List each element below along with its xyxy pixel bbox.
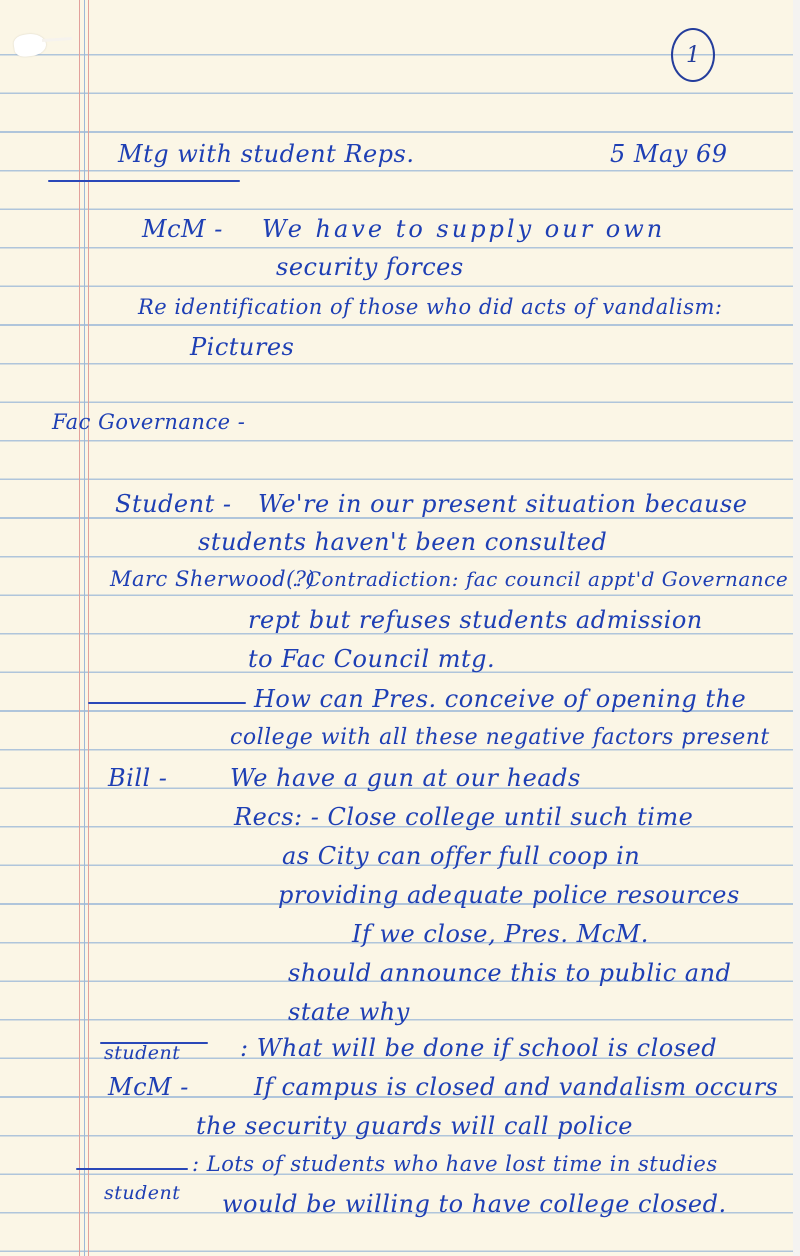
note-line: the security guards will call police [196, 1112, 633, 1140]
note-line: students haven't been consulted [198, 528, 607, 556]
speaker-label: student [104, 1042, 180, 1064]
speaker-dash-line [76, 1168, 188, 1170]
note-line: Recs: - Close college until such time [234, 803, 693, 831]
note-line: . Contradiction: fac council appt'd Gove… [292, 567, 788, 591]
note-line: college with all these negative factors … [230, 725, 770, 750]
page-number: 1 [686, 43, 700, 68]
notes-date: 5 May 69 [610, 140, 728, 168]
note-line: We're in our present situation because [258, 490, 747, 518]
note-line: should announce this to public and [288, 959, 731, 987]
note-line: If we close, Pres. McM. [352, 920, 649, 948]
note-line: : What will be done if school is closed [240, 1034, 717, 1062]
speaker-dash-line [88, 702, 246, 704]
speaker-overline [100, 1042, 208, 1044]
scan-edge [793, 0, 800, 1256]
note-line: security forces [276, 253, 464, 281]
note-line: to Fac Council mtg. [248, 645, 495, 673]
page-number-circled: 1 [671, 28, 715, 82]
notes-title: Mtg with student Reps. [118, 140, 414, 168]
title-underline [48, 180, 240, 182]
margin-line-red [88, 0, 89, 1256]
speaker-label: Marc Sherwood(?) [110, 567, 315, 591]
note-line: We have a gun at our heads [230, 764, 581, 792]
speaker-label: McM - [108, 1073, 189, 1101]
note-line: rept but refuses students admission [248, 606, 703, 634]
margin-line-blue [84, 0, 85, 1256]
note-line: would be willing to have college closed. [222, 1190, 727, 1218]
speaker-label: Student - [115, 490, 231, 518]
speaker-label: student [104, 1182, 180, 1204]
speaker-label: Bill - [108, 764, 167, 792]
note-line: How can Pres. conceive of opening the [254, 685, 746, 713]
note-line: If campus is closed and vandalism occurs [254, 1073, 778, 1101]
note-line: Re identification of those who did acts … [138, 295, 722, 319]
speaker-label: McM - [142, 215, 223, 243]
ruled-paper-page: 1 Mtg with student Reps. 5 May 69 McM - … [0, 0, 793, 1256]
note-line: Pictures [190, 333, 294, 361]
note-line: as City can offer full coop in [282, 842, 640, 870]
paper-tear-mark [42, 37, 72, 42]
note-line: state why [288, 998, 410, 1026]
section-heading: Fac Governance - [52, 410, 245, 434]
note-line: : Lots of students who have lost time in… [192, 1152, 718, 1176]
note-line: We have to supply our own [262, 215, 665, 243]
note-line: providing adequate police resources [278, 881, 740, 909]
paper-tear-mark [13, 32, 48, 58]
margin-line-red [79, 0, 80, 1256]
